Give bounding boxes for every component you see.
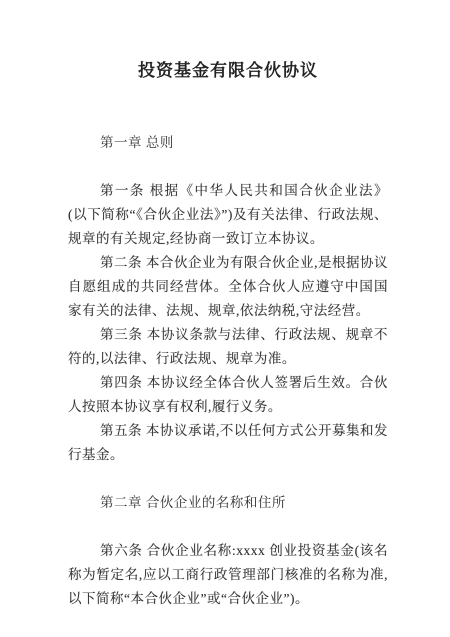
- chapter-2: 第二章 合伙企业的名称和住所 第六条 合伙企业名称:xxxx 创业投资基金(该名…: [68, 491, 388, 611]
- clause-5: 第五条 本协议承诺,不以任何方式公开募集和发行基金。: [68, 419, 388, 467]
- document-title: 投资基金有限合伙协议: [68, 57, 388, 85]
- clause-4: 第四条 本协议经全体合伙人签署后生效。合伙人按照本协议享有权利,履行义务。: [68, 371, 388, 419]
- document-page: 投资基金有限合伙协议 第一章 总则 第一条 根据《中华人民共和国合伙企业法》(以…: [0, 0, 450, 637]
- clause-2: 第二条 本合伙企业为有限合伙企业,是根据协议自愿组成的共同经营体。全体合伙人应遵…: [68, 251, 388, 323]
- chapter-1-heading: 第一章 总则: [100, 131, 388, 155]
- chapter-2-heading: 第二章 合伙企业的名称和住所: [100, 491, 388, 515]
- clause-1: 第一条 根据《中华人民共和国合伙企业法》(以下简称“《合伙企业法》”)及有关法律…: [68, 179, 388, 251]
- clause-3: 第三条 本协议条款与法律、行政法规、规章不符的,以法律、行政法规、规章为准。: [68, 323, 388, 371]
- clause-6: 第六条 合伙企业名称:xxxx 创业投资基金(该名称为暂定名,应以工商行政管理部…: [68, 539, 388, 611]
- chapter-1: 第一章 总则 第一条 根据《中华人民共和国合伙企业法》(以下简称“《合伙企业法》…: [68, 131, 388, 467]
